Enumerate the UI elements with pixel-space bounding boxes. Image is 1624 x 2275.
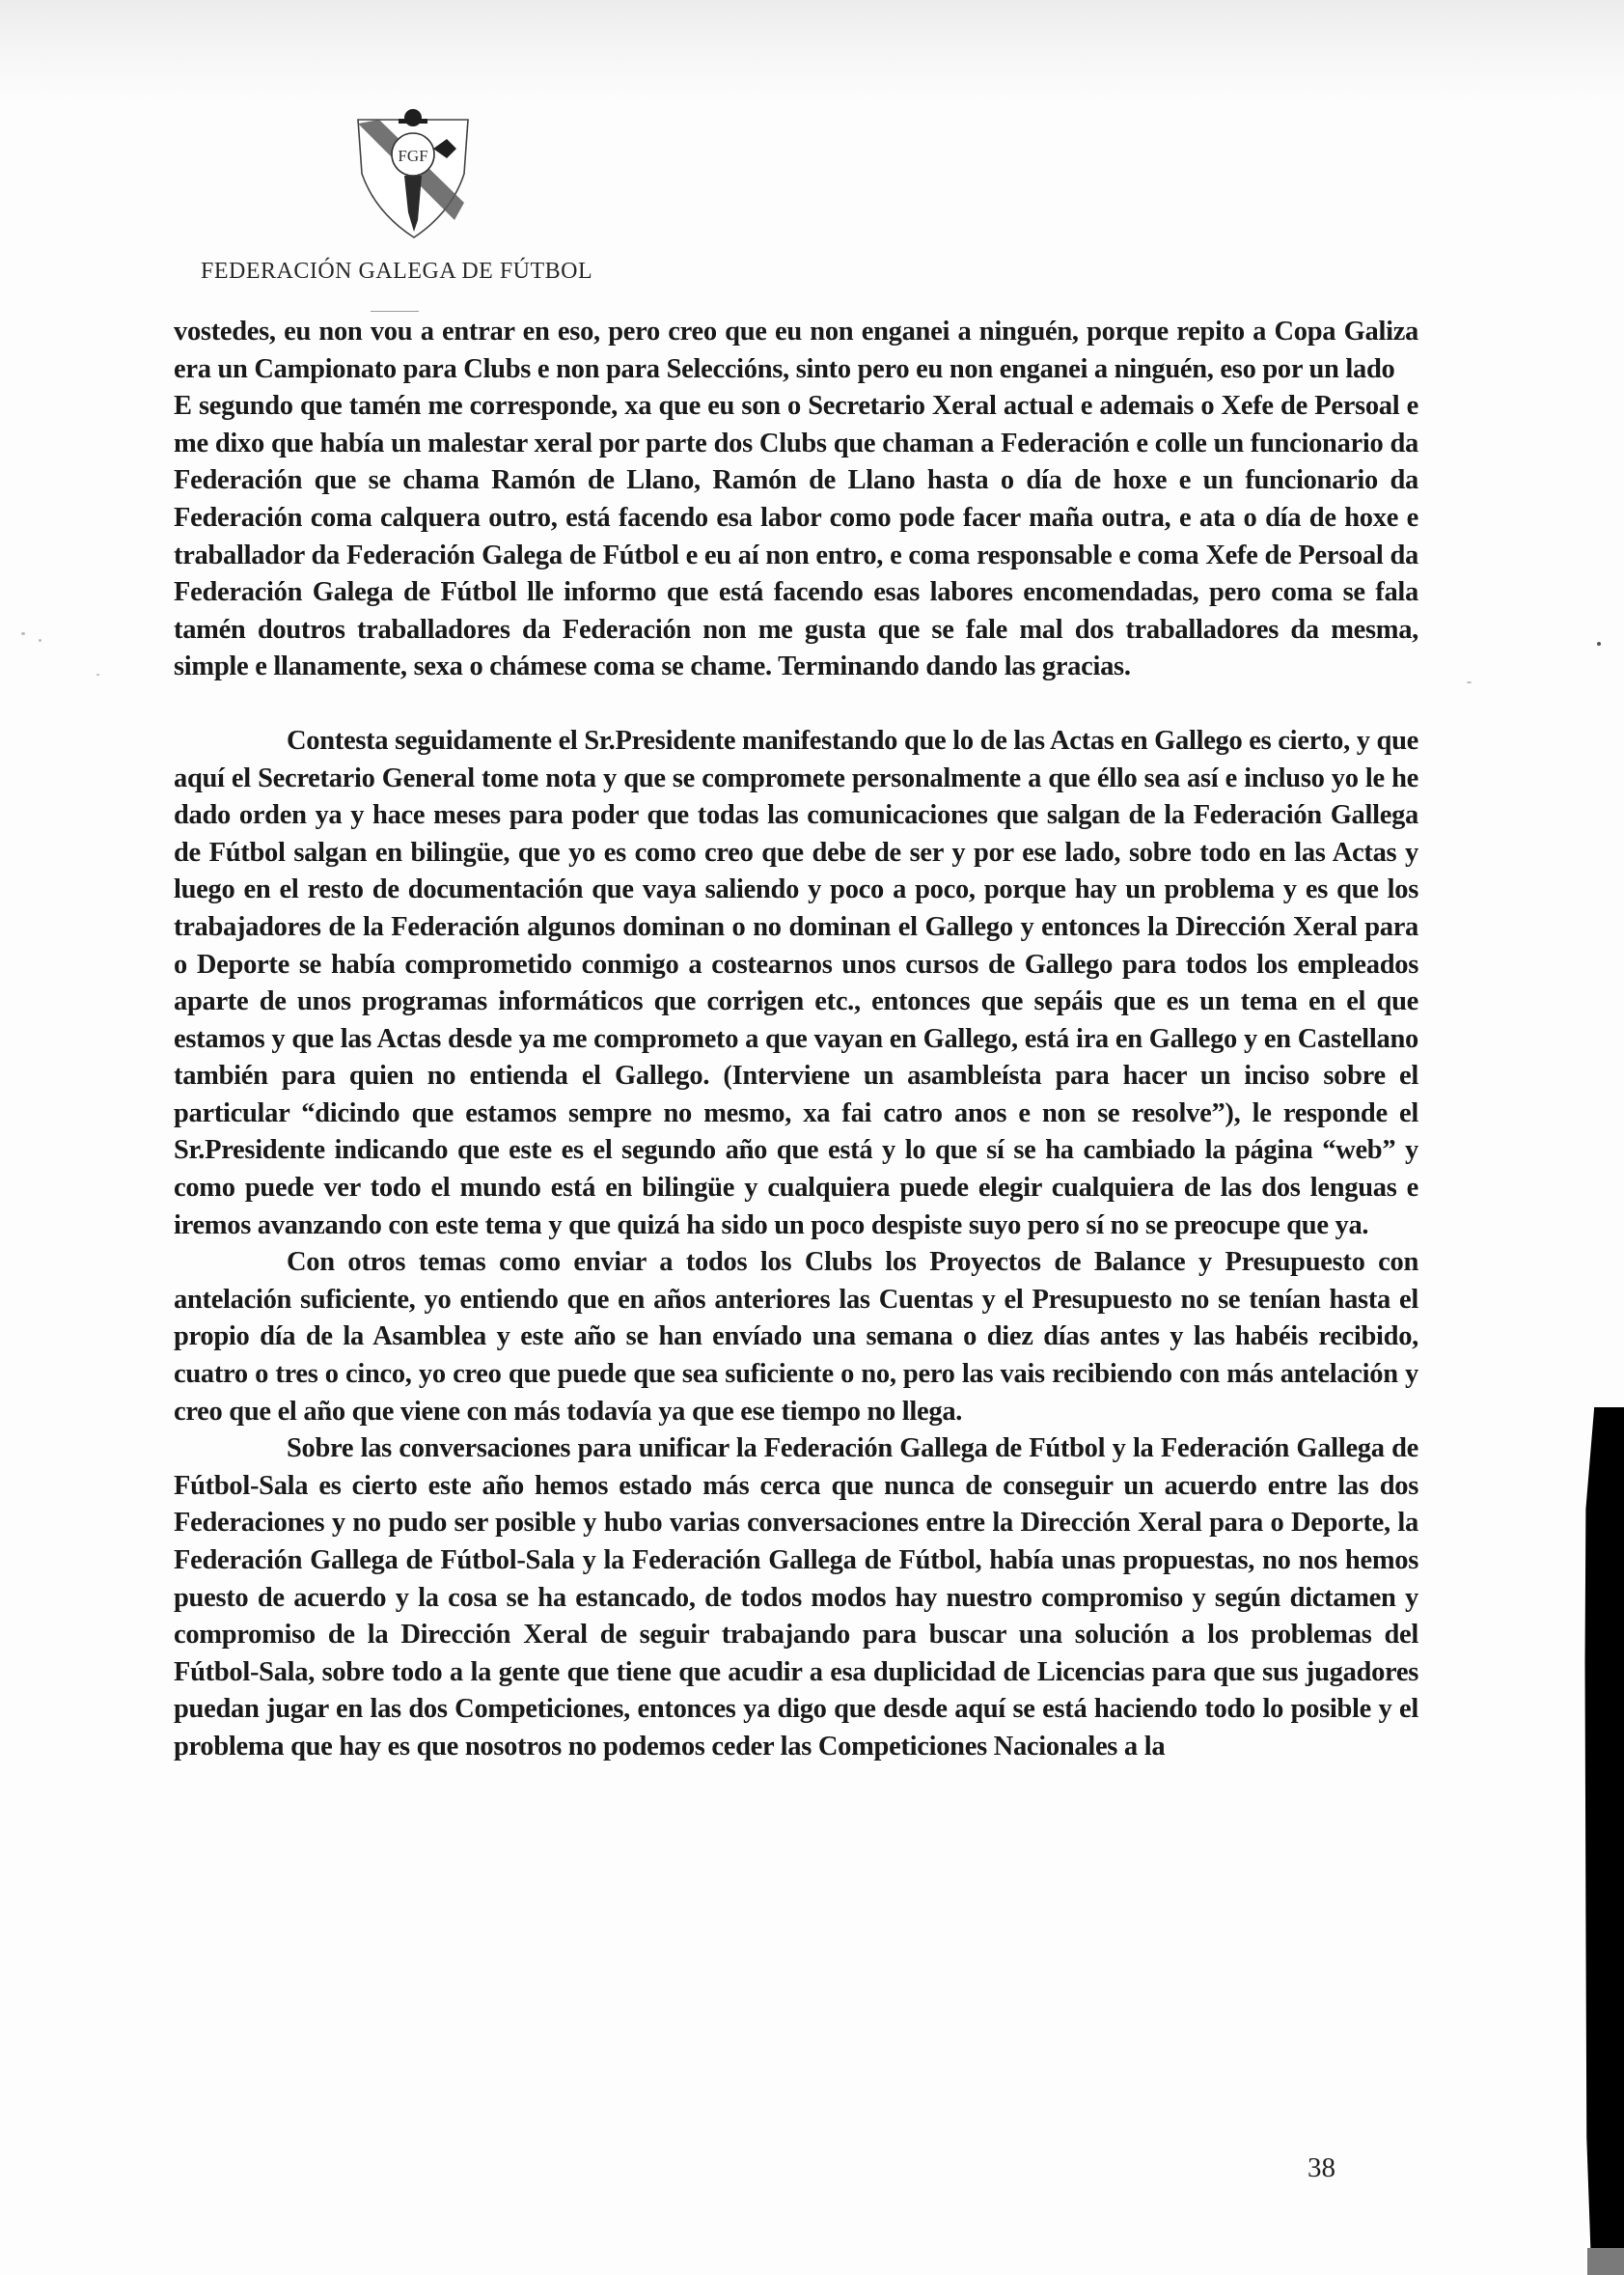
scan-speck — [21, 632, 25, 635]
paragraph-4: Con otros temas como enviar a todos los … — [174, 1244, 1418, 1430]
paragraph-5: Sobre las conversaciones para unificar l… — [174, 1430, 1418, 1765]
scan-gray-corner — [1587, 2248, 1624, 2275]
letterhead-divider — [371, 311, 419, 312]
paragraph-1: vostedes, eu non vou a entrar en eso, pe… — [174, 314, 1418, 388]
scan-speck — [96, 674, 99, 676]
page-number: 38 — [1307, 2152, 1335, 2184]
document-body: vostedes, eu non vou a entrar en eso, pe… — [174, 314, 1418, 1766]
scan-top-shading — [0, 0, 1624, 106]
scan-speck — [1597, 642, 1601, 646]
scan-black-edge — [1582, 1407, 1624, 2257]
logo-initials: FGF — [398, 147, 427, 165]
scan-speck — [1467, 681, 1472, 683]
federation-shield-crest-icon: FGF — [350, 106, 476, 241]
paragraph-3: Contesta seguidamente el Sr.Presidente m… — [174, 723, 1418, 1244]
paragraph-2: E segundo que tamén me corresponde, xa q… — [174, 388, 1418, 686]
scan-speck — [39, 639, 41, 642]
organization-name: FEDERACIÓN GALEGA DE FÚTBOL — [201, 259, 592, 285]
